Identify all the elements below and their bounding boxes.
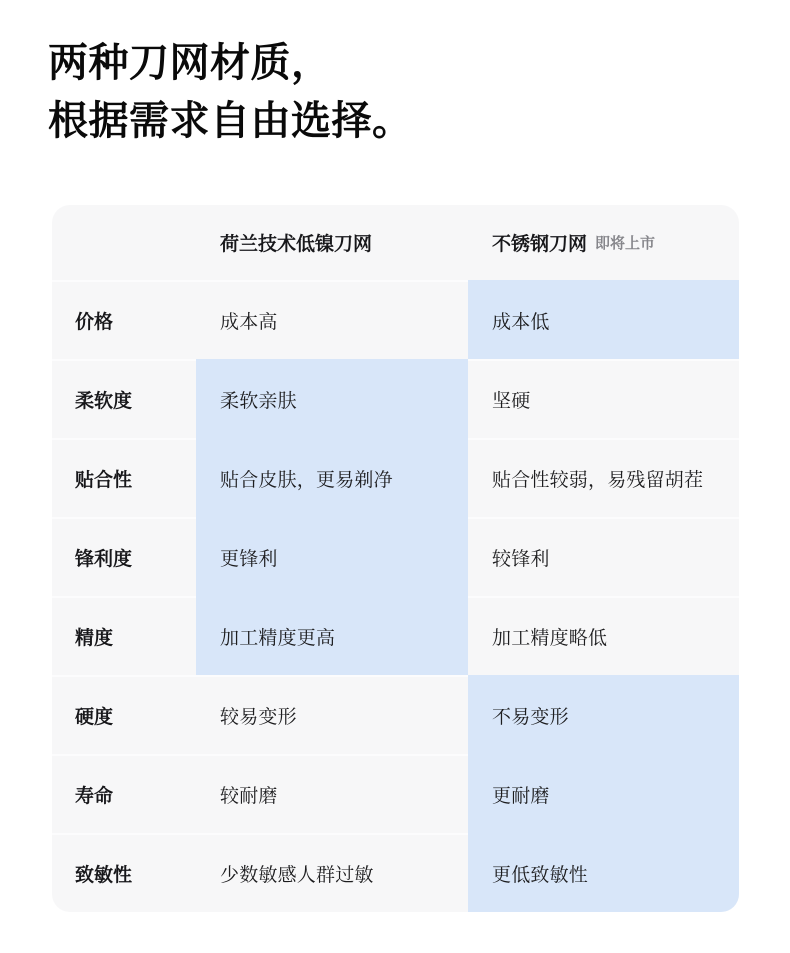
table-row-fit: 贴合性 贴合皮肤，更易剃净 贴合性较弱，易残留胡茬 (52, 438, 739, 517)
row-label: 贴合性 (52, 438, 196, 517)
table-row-precision: 精度 加工精度更高 加工精度略低 (52, 596, 739, 675)
header-empty-cell (52, 205, 196, 280)
table-row-lifespan: 寿命 较耐磨 更耐磨 (52, 754, 739, 833)
header-steel-mesh: 不锈钢刀网 即将上市 (468, 205, 739, 280)
cell-steel: 成本低 (468, 280, 739, 359)
cell-steel: 加工精度略低 (468, 596, 739, 675)
cell-dutch: 较易变形 (196, 675, 468, 754)
row-label: 寿命 (52, 754, 196, 833)
row-label: 致敏性 (52, 833, 196, 912)
header-dutch-mesh: 荷兰技术低镍刀网 (196, 205, 468, 280)
cell-steel: 坚硬 (468, 359, 739, 438)
cell-dutch: 贴合皮肤，更易剃净 (196, 438, 468, 517)
cell-steel: 更耐磨 (468, 754, 739, 833)
table-row-softness: 柔软度 柔软亲肤 坚硬 (52, 359, 739, 438)
row-label: 硬度 (52, 675, 196, 754)
cell-dutch: 加工精度更高 (196, 596, 468, 675)
page-title-line1: 两种刀网材质， (48, 34, 413, 92)
row-label: 精度 (52, 596, 196, 675)
table-row-price: 价格 成本高 成本低 (52, 280, 739, 359)
cell-steel: 更低致敏性 (468, 833, 739, 912)
table-header-row: 荷兰技术低镍刀网 不锈钢刀网 即将上市 (52, 205, 739, 280)
coming-soon-badge: 即将上市 (595, 232, 655, 253)
cell-steel: 较锋利 (468, 517, 739, 596)
page-title-line2: 根据需求自由选择。 (48, 92, 413, 150)
row-label: 价格 (52, 280, 196, 359)
cell-steel: 不易变形 (468, 675, 739, 754)
cell-steel: 贴合性较弱，易残留胡茬 (468, 438, 739, 517)
cell-dutch: 柔软亲肤 (196, 359, 468, 438)
table-row-hardness: 硬度 较易变形 不易变形 (52, 675, 739, 754)
page-title: 两种刀网材质， 根据需求自由选择。 (48, 34, 413, 150)
cell-dutch: 较耐磨 (196, 754, 468, 833)
comparison-table: 荷兰技术低镍刀网 不锈钢刀网 即将上市 价格 成本高 成本低 柔软度 柔软亲肤 … (52, 205, 739, 912)
page: 两种刀网材质， 根据需求自由选择。 荷兰技术低镍刀网 不锈钢刀网 即将上市 价格… (0, 0, 790, 953)
row-label: 锋利度 (52, 517, 196, 596)
header-steel-mesh-label: 不锈钢刀网 (492, 229, 587, 256)
cell-dutch: 少数敏感人群过敏 (196, 833, 468, 912)
table-row-sharpness: 锋利度 更锋利 较锋利 (52, 517, 739, 596)
cell-dutch: 更锋利 (196, 517, 468, 596)
table-row-allergenicity: 致敏性 少数敏感人群过敏 更低致敏性 (52, 833, 739, 912)
row-label: 柔软度 (52, 359, 196, 438)
cell-dutch: 成本高 (196, 280, 468, 359)
header-dutch-mesh-label: 荷兰技术低镍刀网 (220, 229, 372, 256)
